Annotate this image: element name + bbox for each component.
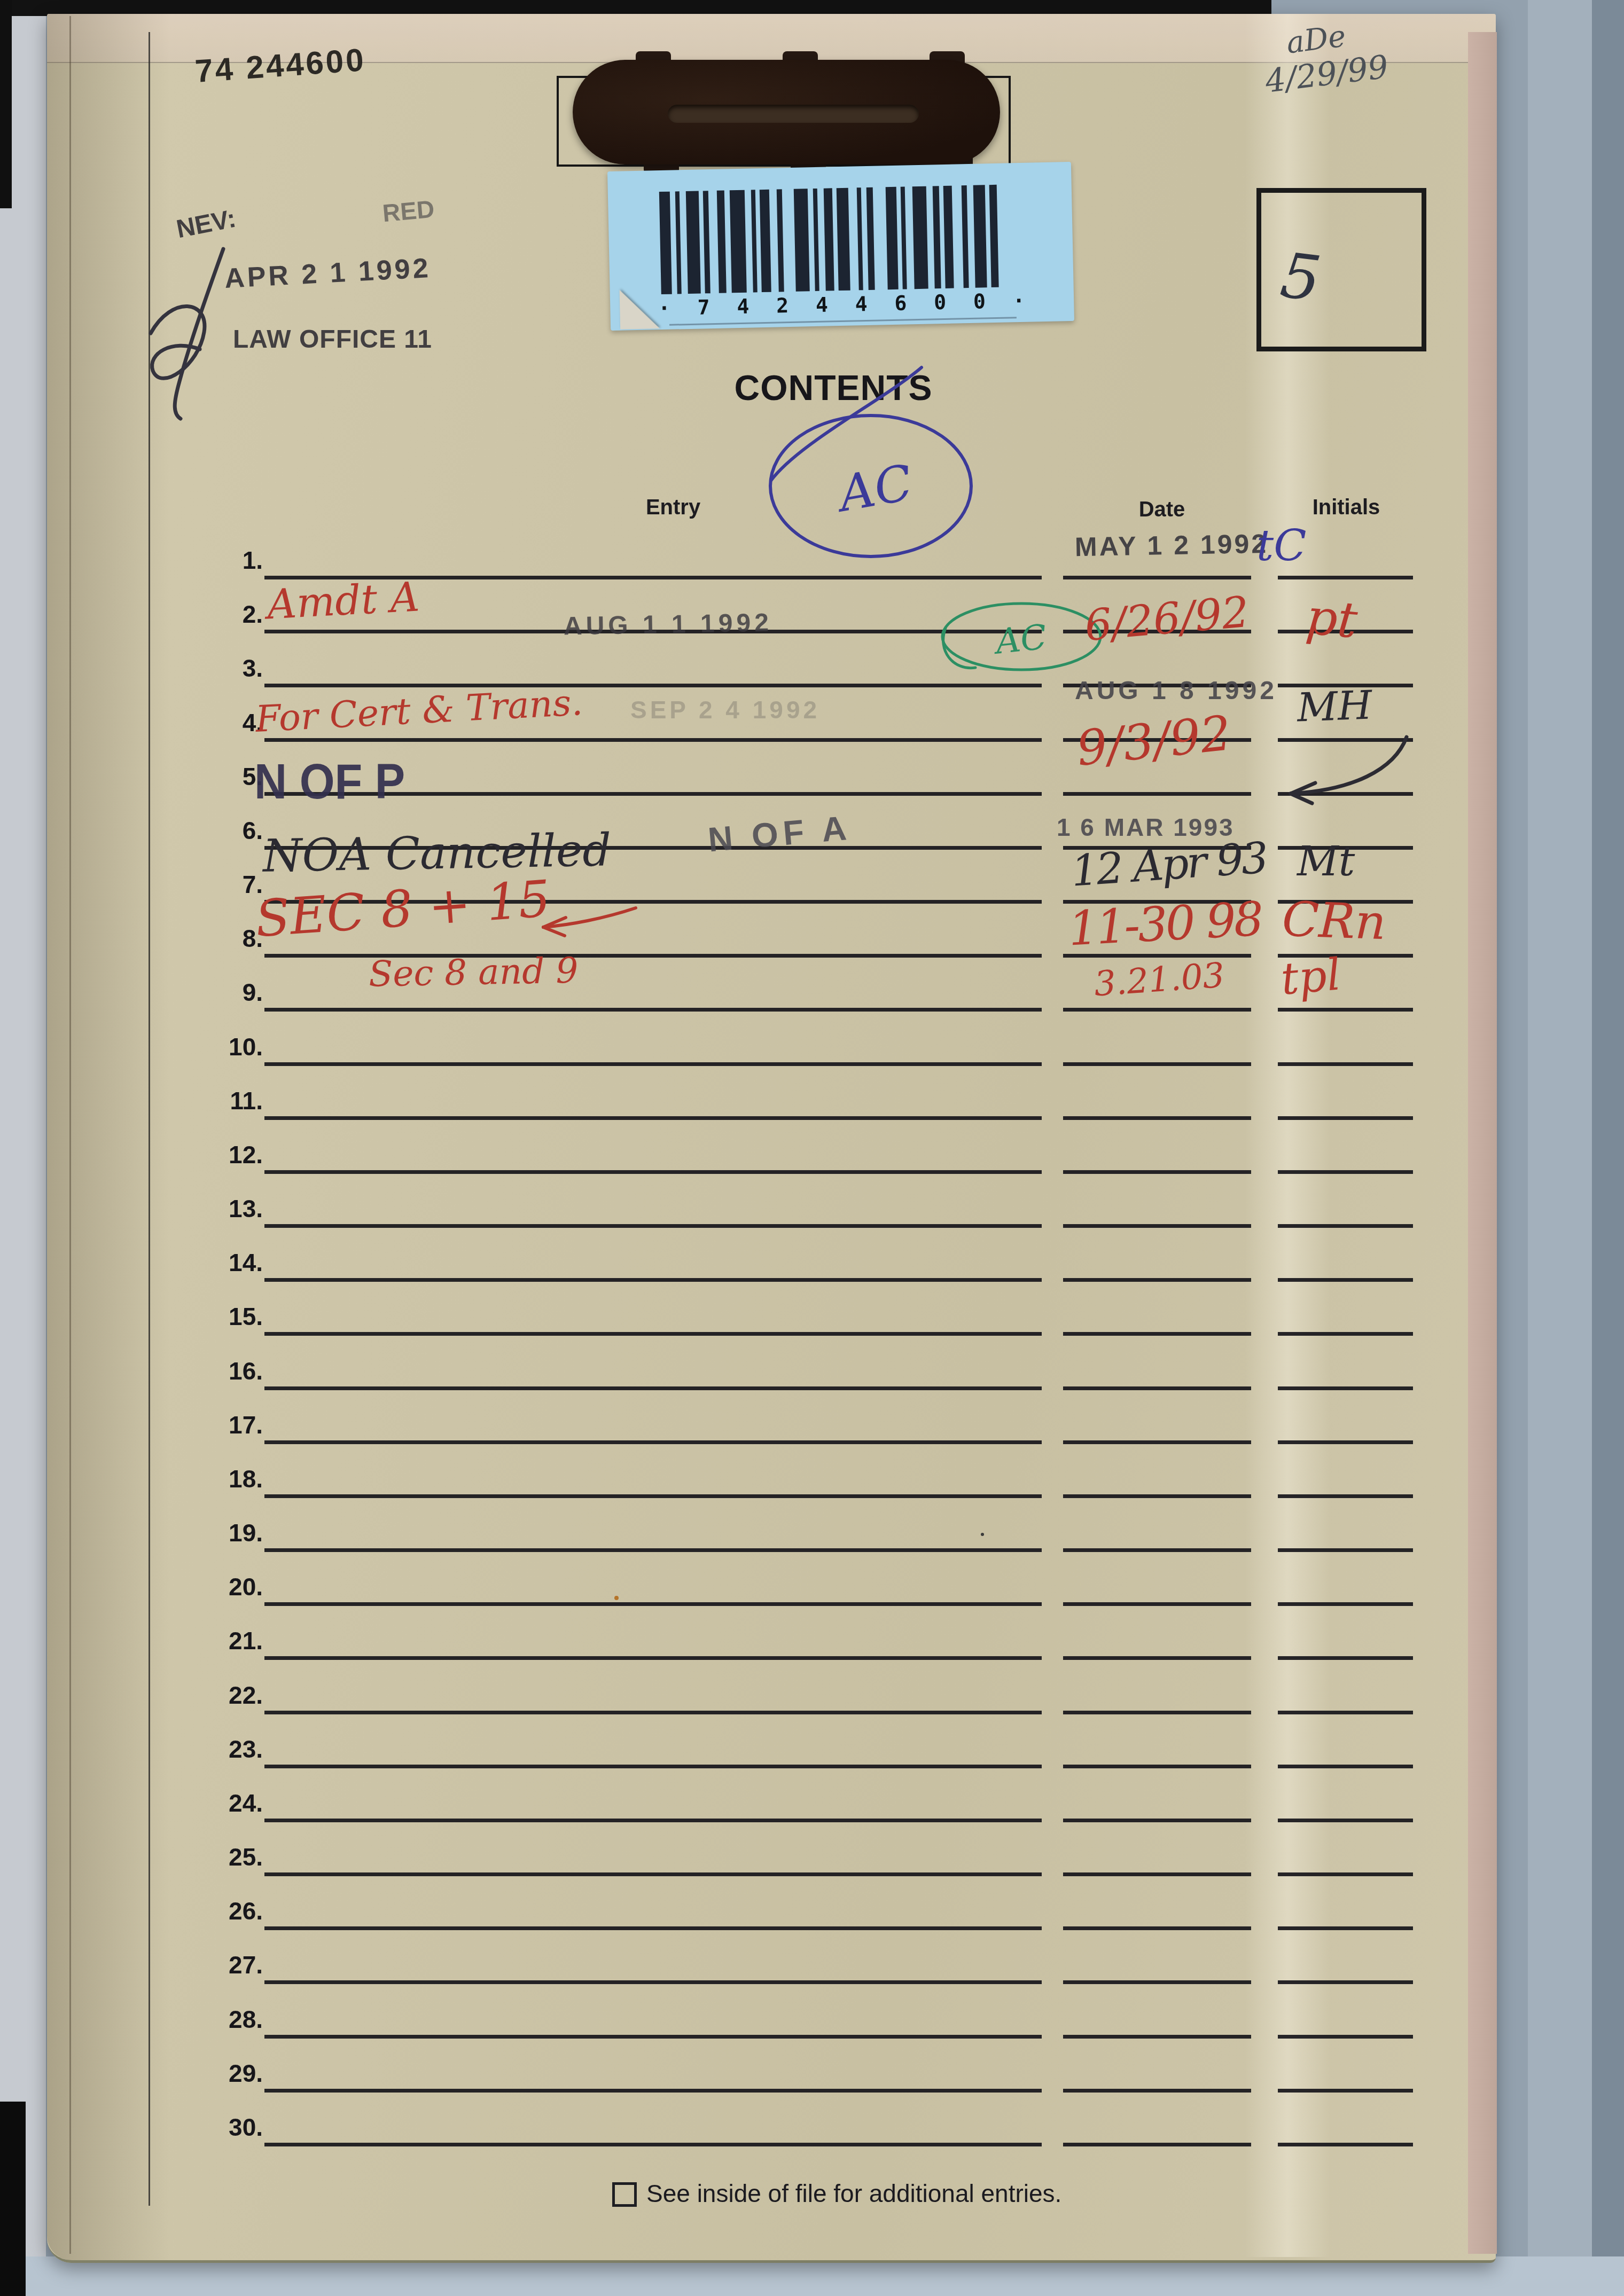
- barcode-bar: [943, 186, 954, 288]
- row-number: 23.: [224, 1735, 263, 1764]
- barcode-bar: [777, 189, 784, 292]
- entry-line: [264, 1278, 1042, 1282]
- initials-line: [1278, 1656, 1413, 1660]
- entry-line: [264, 1062, 1042, 1066]
- sticker-folded-corner: [620, 289, 660, 330]
- initials-line: [1278, 576, 1413, 579]
- barcode-bar: [813, 189, 819, 291]
- initials-line: [1278, 1494, 1413, 1498]
- entry-line: [264, 1711, 1042, 1714]
- row2-entry-handwriting: Amdt A: [266, 573, 420, 629]
- date-line: [1063, 1062, 1251, 1066]
- barcode-bar: [973, 185, 987, 287]
- barcode-bar: [794, 189, 810, 292]
- row-number: 17.: [224, 1410, 263, 1439]
- entry-line: [264, 2089, 1042, 2093]
- row2-annotation-text: AC: [991, 617, 1048, 662]
- scanner-background-edge: [1592, 0, 1624, 2296]
- entry-line: [264, 1980, 1042, 1984]
- date-line: [1063, 1170, 1251, 1174]
- row-number: 9.: [224, 978, 263, 1007]
- row3-date-stamp: AUG 1 8 1992: [1075, 676, 1277, 706]
- date-line: [1063, 1278, 1251, 1282]
- barcode-bar: [824, 188, 834, 291]
- row-number: 20.: [224, 1572, 263, 1601]
- date-line: [1063, 1711, 1251, 1714]
- row9-initials-handwriting: tpl: [1279, 949, 1343, 1005]
- entry-line: [264, 1116, 1042, 1120]
- row-number: 16.: [224, 1357, 263, 1385]
- initials-line: [1278, 1278, 1413, 1282]
- header-initials: Initials: [1301, 496, 1392, 520]
- entry-line: [264, 1926, 1042, 1930]
- row7-initials-handwriting: Mt: [1297, 837, 1355, 885]
- entry-line: [264, 1332, 1042, 1336]
- row-number: 11.: [224, 1086, 263, 1115]
- barcode-sticker: · 7 4 2 4 4 6 0 0 ·: [607, 162, 1074, 331]
- barcode-bar: [686, 191, 701, 294]
- date-line: [1063, 2089, 1251, 2093]
- row2-entry-date-stamp: AUG 1 1 1992: [564, 608, 773, 641]
- entry-line: [264, 1656, 1042, 1660]
- entry-line: [264, 1602, 1042, 1606]
- date-line: [1063, 1548, 1251, 1552]
- initials-line: [1278, 2089, 1413, 2093]
- entry-line: [264, 1765, 1042, 1768]
- entry-line: [264, 2143, 1042, 2146]
- title-annotation-text: AC: [831, 454, 917, 524]
- barcode-bar: [675, 191, 682, 294]
- entry-line: [264, 1494, 1042, 1498]
- initials-line: [1278, 1386, 1413, 1390]
- initials-line: [1278, 1224, 1413, 1228]
- date-line: [1063, 1819, 1251, 1822]
- row-number: 24.: [224, 1789, 263, 1817]
- barcode-bar: [912, 186, 928, 289]
- initials-line: [1278, 1548, 1413, 1552]
- initials-line: [1278, 2143, 1413, 2146]
- paper-speck: [614, 1596, 619, 1600]
- row-number: 6.: [224, 816, 263, 845]
- row1-date-note: tC: [1256, 521, 1306, 570]
- date-line: [1063, 1872, 1251, 1876]
- scan-edge-bar: [0, 0, 12, 208]
- row7-entry-handwriting: NOA Cancelled: [262, 824, 612, 882]
- initials-line: [1278, 1008, 1413, 1012]
- row5-entry-stamp: N OF P: [254, 754, 405, 810]
- date-line: [1063, 1386, 1251, 1390]
- row-number: 28.: [224, 2005, 263, 2034]
- row-number: 15.: [224, 1302, 263, 1331]
- entry-line: [264, 1386, 1042, 1390]
- row-number: 21.: [224, 1626, 263, 1655]
- row-number: 22.: [224, 1681, 263, 1710]
- row2-annotation-circle: AC: [936, 597, 1107, 683]
- row-number: 27.: [224, 1950, 263, 1979]
- initials-line: [1278, 1062, 1413, 1066]
- row-number: 14.: [224, 1248, 263, 1277]
- initials-line: [1278, 1116, 1413, 1120]
- row4-entry-date-stamp: SEP 2 4 1992: [630, 695, 820, 724]
- entry-line: [264, 1548, 1042, 1552]
- initials-line: [1278, 1872, 1413, 1876]
- folder-crease-line: [69, 16, 71, 2254]
- entry-line: [264, 1819, 1042, 1822]
- row-number: 3.: [224, 654, 263, 683]
- entry-line: [264, 1440, 1042, 1444]
- scan-edge-bar: [0, 2102, 26, 2296]
- barcode-bar: [989, 185, 999, 287]
- initials-line: [1278, 1170, 1413, 1174]
- barcode-bar: [886, 187, 899, 289]
- row-number: 26.: [224, 1897, 263, 1925]
- row4-initials-checkstroke: [1281, 733, 1415, 808]
- date-line: [1063, 1440, 1251, 1444]
- date-line: [1063, 1980, 1251, 1984]
- row-number: 10.: [224, 1032, 263, 1061]
- scanner-background: [1528, 0, 1592, 2296]
- entry-line: [264, 1170, 1042, 1174]
- row9-entry-handwriting: Sec 8 and 9: [368, 950, 579, 995]
- date-line: [1063, 576, 1251, 579]
- footer-note: See inside of file for additional entrie…: [646, 2179, 1061, 2208]
- paper-speck: [981, 1533, 984, 1536]
- signature-scribble: [128, 241, 251, 428]
- row2-initials-handwriting: pt: [1304, 588, 1360, 649]
- fastener-slot: [668, 105, 919, 123]
- row-number: 29.: [224, 2059, 263, 2088]
- row8-date-handwriting: 11-30 98: [1067, 891, 1263, 957]
- barcode-bar: [837, 188, 850, 291]
- date-line: [1063, 2143, 1251, 2146]
- barcode-bar: [962, 185, 969, 288]
- header-date: Date: [1119, 498, 1205, 522]
- date-line: [1063, 1332, 1251, 1336]
- date-line: [1063, 1656, 1251, 1660]
- barcode-bar: [760, 190, 771, 292]
- footer-checkbox: [612, 2182, 637, 2207]
- barcode-bar: [717, 191, 727, 293]
- row-number: 18.: [224, 1464, 263, 1493]
- barcode-bar: [659, 192, 672, 294]
- initials-line: [1278, 2035, 1413, 2039]
- entry-line: [264, 738, 1042, 742]
- row8-arrow-stroke: [537, 902, 644, 944]
- row3-initials-handwriting: MH: [1297, 683, 1373, 731]
- row-number: 25.: [224, 1843, 263, 1871]
- date-line: [1063, 1602, 1251, 1606]
- initials-line: [1278, 1711, 1413, 1714]
- received-stamp-office: LAW OFFICE 11: [233, 325, 432, 354]
- date-line: [1063, 2035, 1251, 2039]
- entry-line: [264, 1008, 1042, 1012]
- date-line: [1063, 1116, 1251, 1120]
- date-line: [1063, 1494, 1251, 1498]
- barcode-bar: [901, 186, 907, 289]
- row-number: 19.: [224, 1518, 263, 1547]
- entry-line: [264, 1872, 1042, 1876]
- initials-line: [1278, 1980, 1413, 1984]
- row-number: 12.: [224, 1140, 263, 1169]
- row1-date-stamp: MAY 1 2 1992: [1075, 528, 1269, 562]
- row8-initials-handwriting: CRn: [1281, 891, 1387, 951]
- entry-line: [264, 1224, 1042, 1228]
- initials-line: [1278, 1332, 1413, 1336]
- initials-line: [1278, 1819, 1413, 1822]
- initials-line: [1278, 1765, 1413, 1768]
- barcode-bar: [857, 187, 863, 290]
- row-number: 2.: [224, 600, 263, 629]
- barcode-bar: [703, 191, 710, 293]
- barcode-bar: [730, 190, 747, 293]
- scanner-background-left: [0, 0, 46, 2296]
- row-number: 30.: [224, 2113, 263, 2142]
- initials-line: [1278, 1926, 1413, 1930]
- date-line: [1063, 1224, 1251, 1228]
- barcode-bar: [933, 186, 941, 288]
- row-number: 13.: [224, 1194, 263, 1223]
- date-line: [1063, 1008, 1251, 1012]
- initials-line: [1278, 1440, 1413, 1444]
- header-entry: Entry: [625, 496, 721, 520]
- barcode-bar: [751, 190, 758, 292]
- date-line: [1063, 1765, 1251, 1768]
- entry-line: [264, 684, 1042, 687]
- date-line: [1063, 1926, 1251, 1930]
- folder-right-edge: [1468, 32, 1497, 2254]
- row-number: 1.: [224, 546, 263, 575]
- received-stamp-fragment-right: RED: [381, 194, 435, 228]
- initials-line: [1278, 1602, 1413, 1606]
- date-line: [1063, 792, 1251, 796]
- entry-line: [264, 2035, 1042, 2039]
- barcode-bar: [866, 187, 875, 290]
- title-annotation-circle: AC: [751, 374, 1002, 566]
